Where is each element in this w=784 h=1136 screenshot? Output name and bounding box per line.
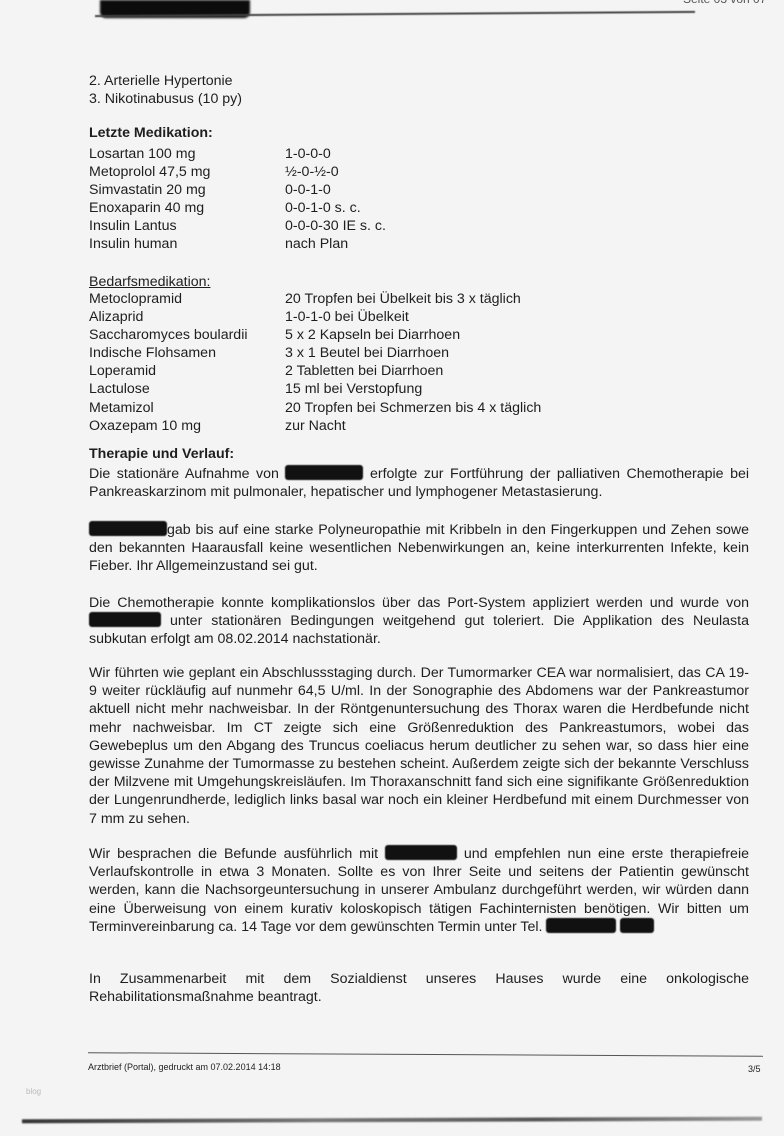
watermark: blog xyxy=(26,1087,41,1096)
medication-dose: 0-0-1-0 s. c. xyxy=(285,199,361,217)
medication-row: Metoclopramid20 Tropfen bei Übelkeit bis… xyxy=(89,290,541,308)
medication-row: Loperamid2 Tabletten bei Diarrhoen xyxy=(89,362,541,380)
therapy-paragraph-4: Wir führten wie geplant ein Abschlusssta… xyxy=(89,664,749,828)
redacted-name xyxy=(89,612,161,627)
medication-dose: 1-0-1-0 bei Übelkeit xyxy=(285,308,409,326)
medication-dose: 20 Tropfen bei Übelkeit bis 3 x täglich xyxy=(285,290,521,308)
redacted-name xyxy=(285,465,363,480)
medication-dose: 1-0-0-0 xyxy=(285,145,331,163)
medication-dose: 0-0-0-30 IE s. c. xyxy=(285,217,386,235)
medication-dose: ½-0-½-0 xyxy=(285,163,339,181)
scan-edge xyxy=(22,1117,762,1124)
redacted-phone xyxy=(620,918,654,933)
medication-name: Metamizol xyxy=(89,399,285,417)
medication-row: Oxazepam 10 mgzur Nacht xyxy=(89,417,541,435)
footer-rule xyxy=(88,1052,763,1057)
redacted-phone xyxy=(546,918,616,933)
medication-row: Saccharomyces boulardii5 x 2 Kapseln bei… xyxy=(89,326,541,344)
medication-name: Saccharomyces boulardii xyxy=(89,326,285,344)
medication-name: Losartan 100 mg xyxy=(89,145,285,163)
medication-row: Losartan 100 mg1-0-0-0 xyxy=(89,145,386,163)
medication-name: Alizaprid xyxy=(89,308,285,326)
medication-name: Lactulose xyxy=(89,380,285,398)
medication-row: Simvastatin 20 mg0-0-1-0 xyxy=(89,181,386,199)
medication-name: Insulin Lantus xyxy=(89,217,285,235)
medication-name: Metoclopramid xyxy=(89,290,285,308)
therapy-heading: Therapie und Verlauf: xyxy=(89,445,234,463)
medication-dose: 2 Tabletten bei Diarrhoen xyxy=(285,362,443,380)
prn-medication-table: Metoclopramid20 Tropfen bei Übelkeit bis… xyxy=(89,290,541,435)
last-medication-heading: Letzte Medikation: xyxy=(89,124,213,142)
medication-name: Metoprolol 47,5 mg xyxy=(89,163,285,181)
medication-row: Indische Flohsamen3 x 1 Beutel bei Diarr… xyxy=(89,344,541,362)
redacted-name xyxy=(385,845,457,860)
medication-dose: 15 ml bei Verstopfung xyxy=(285,380,422,398)
medication-name: Loperamid xyxy=(89,362,285,380)
medication-name: Simvastatin 20 mg xyxy=(89,181,285,199)
diagnosis-list: 2. Arterielle Hypertonie 3. Nikotinabusu… xyxy=(89,72,242,108)
footer-print-info: Arztbrief (Portal), gedruckt am 07.02.20… xyxy=(88,1062,281,1072)
medication-dose: 5 x 2 Kapseln bei Diarrhoen xyxy=(285,326,460,344)
last-medication-table: Losartan 100 mg1-0-0-0Metoprolol 47,5 mg… xyxy=(89,145,386,254)
medication-dose: 3 x 1 Beutel bei Diarrhoen xyxy=(285,344,449,362)
medication-dose: zur Nacht xyxy=(285,417,346,435)
medication-row: Insulin Lantus0-0-0-30 IE s. c. xyxy=(89,217,386,235)
medication-row: Metamizol20 Tropfen bei Schmerzen bis 4 … xyxy=(89,399,541,417)
diagnosis-item: 2. Arterielle Hypertonie xyxy=(89,72,242,90)
medication-row: Enoxaparin 40 mg0-0-1-0 s. c. xyxy=(89,199,386,217)
therapy-paragraph-3: Die Chemotherapie konnte komplikationslo… xyxy=(89,594,749,649)
medication-name: Oxazepam 10 mg xyxy=(89,417,285,435)
header-page-indicator: Seite 03 von 07 xyxy=(683,0,766,6)
medication-name: Indische Flohsamen xyxy=(89,344,285,362)
medication-row: Metoprolol 47,5 mg½-0-½-0 xyxy=(89,163,386,181)
footer-page-number: 3/5 xyxy=(748,1064,761,1074)
medication-name: Insulin human xyxy=(89,235,285,253)
prn-medication-heading: Bedarfsmedikation: xyxy=(89,273,210,291)
redacted-name xyxy=(89,521,167,536)
medication-row: Lactulose15 ml bei Verstopfung xyxy=(89,380,541,398)
medication-dose: nach Plan xyxy=(285,235,348,253)
medication-dose: 20 Tropfen bei Schmerzen bis 4 x täglich xyxy=(285,399,541,417)
medication-dose: 0-0-1-0 xyxy=(285,181,331,199)
therapy-paragraph-1: Die stationäre Aufnahme von erfolgte zur… xyxy=(89,465,749,501)
therapy-paragraph-5: Wir besprachen die Befunde ausführlich m… xyxy=(89,845,749,936)
medication-name: Enoxaparin 40 mg xyxy=(89,199,285,217)
diagnosis-item: 3. Nikotinabusus (10 py) xyxy=(89,90,242,108)
medication-row: Alizaprid1-0-1-0 bei Übelkeit xyxy=(89,308,541,326)
medication-row: Insulin humannach Plan xyxy=(89,235,386,253)
document-page: Seite 03 von 07 2. Arterielle Hypertonie… xyxy=(0,0,784,1136)
therapy-paragraph-6: In Zusammenarbeit mit dem Sozialdienst u… xyxy=(89,970,749,1006)
therapy-paragraph-2: gab bis auf eine starke Polyneuropathie … xyxy=(89,521,749,576)
